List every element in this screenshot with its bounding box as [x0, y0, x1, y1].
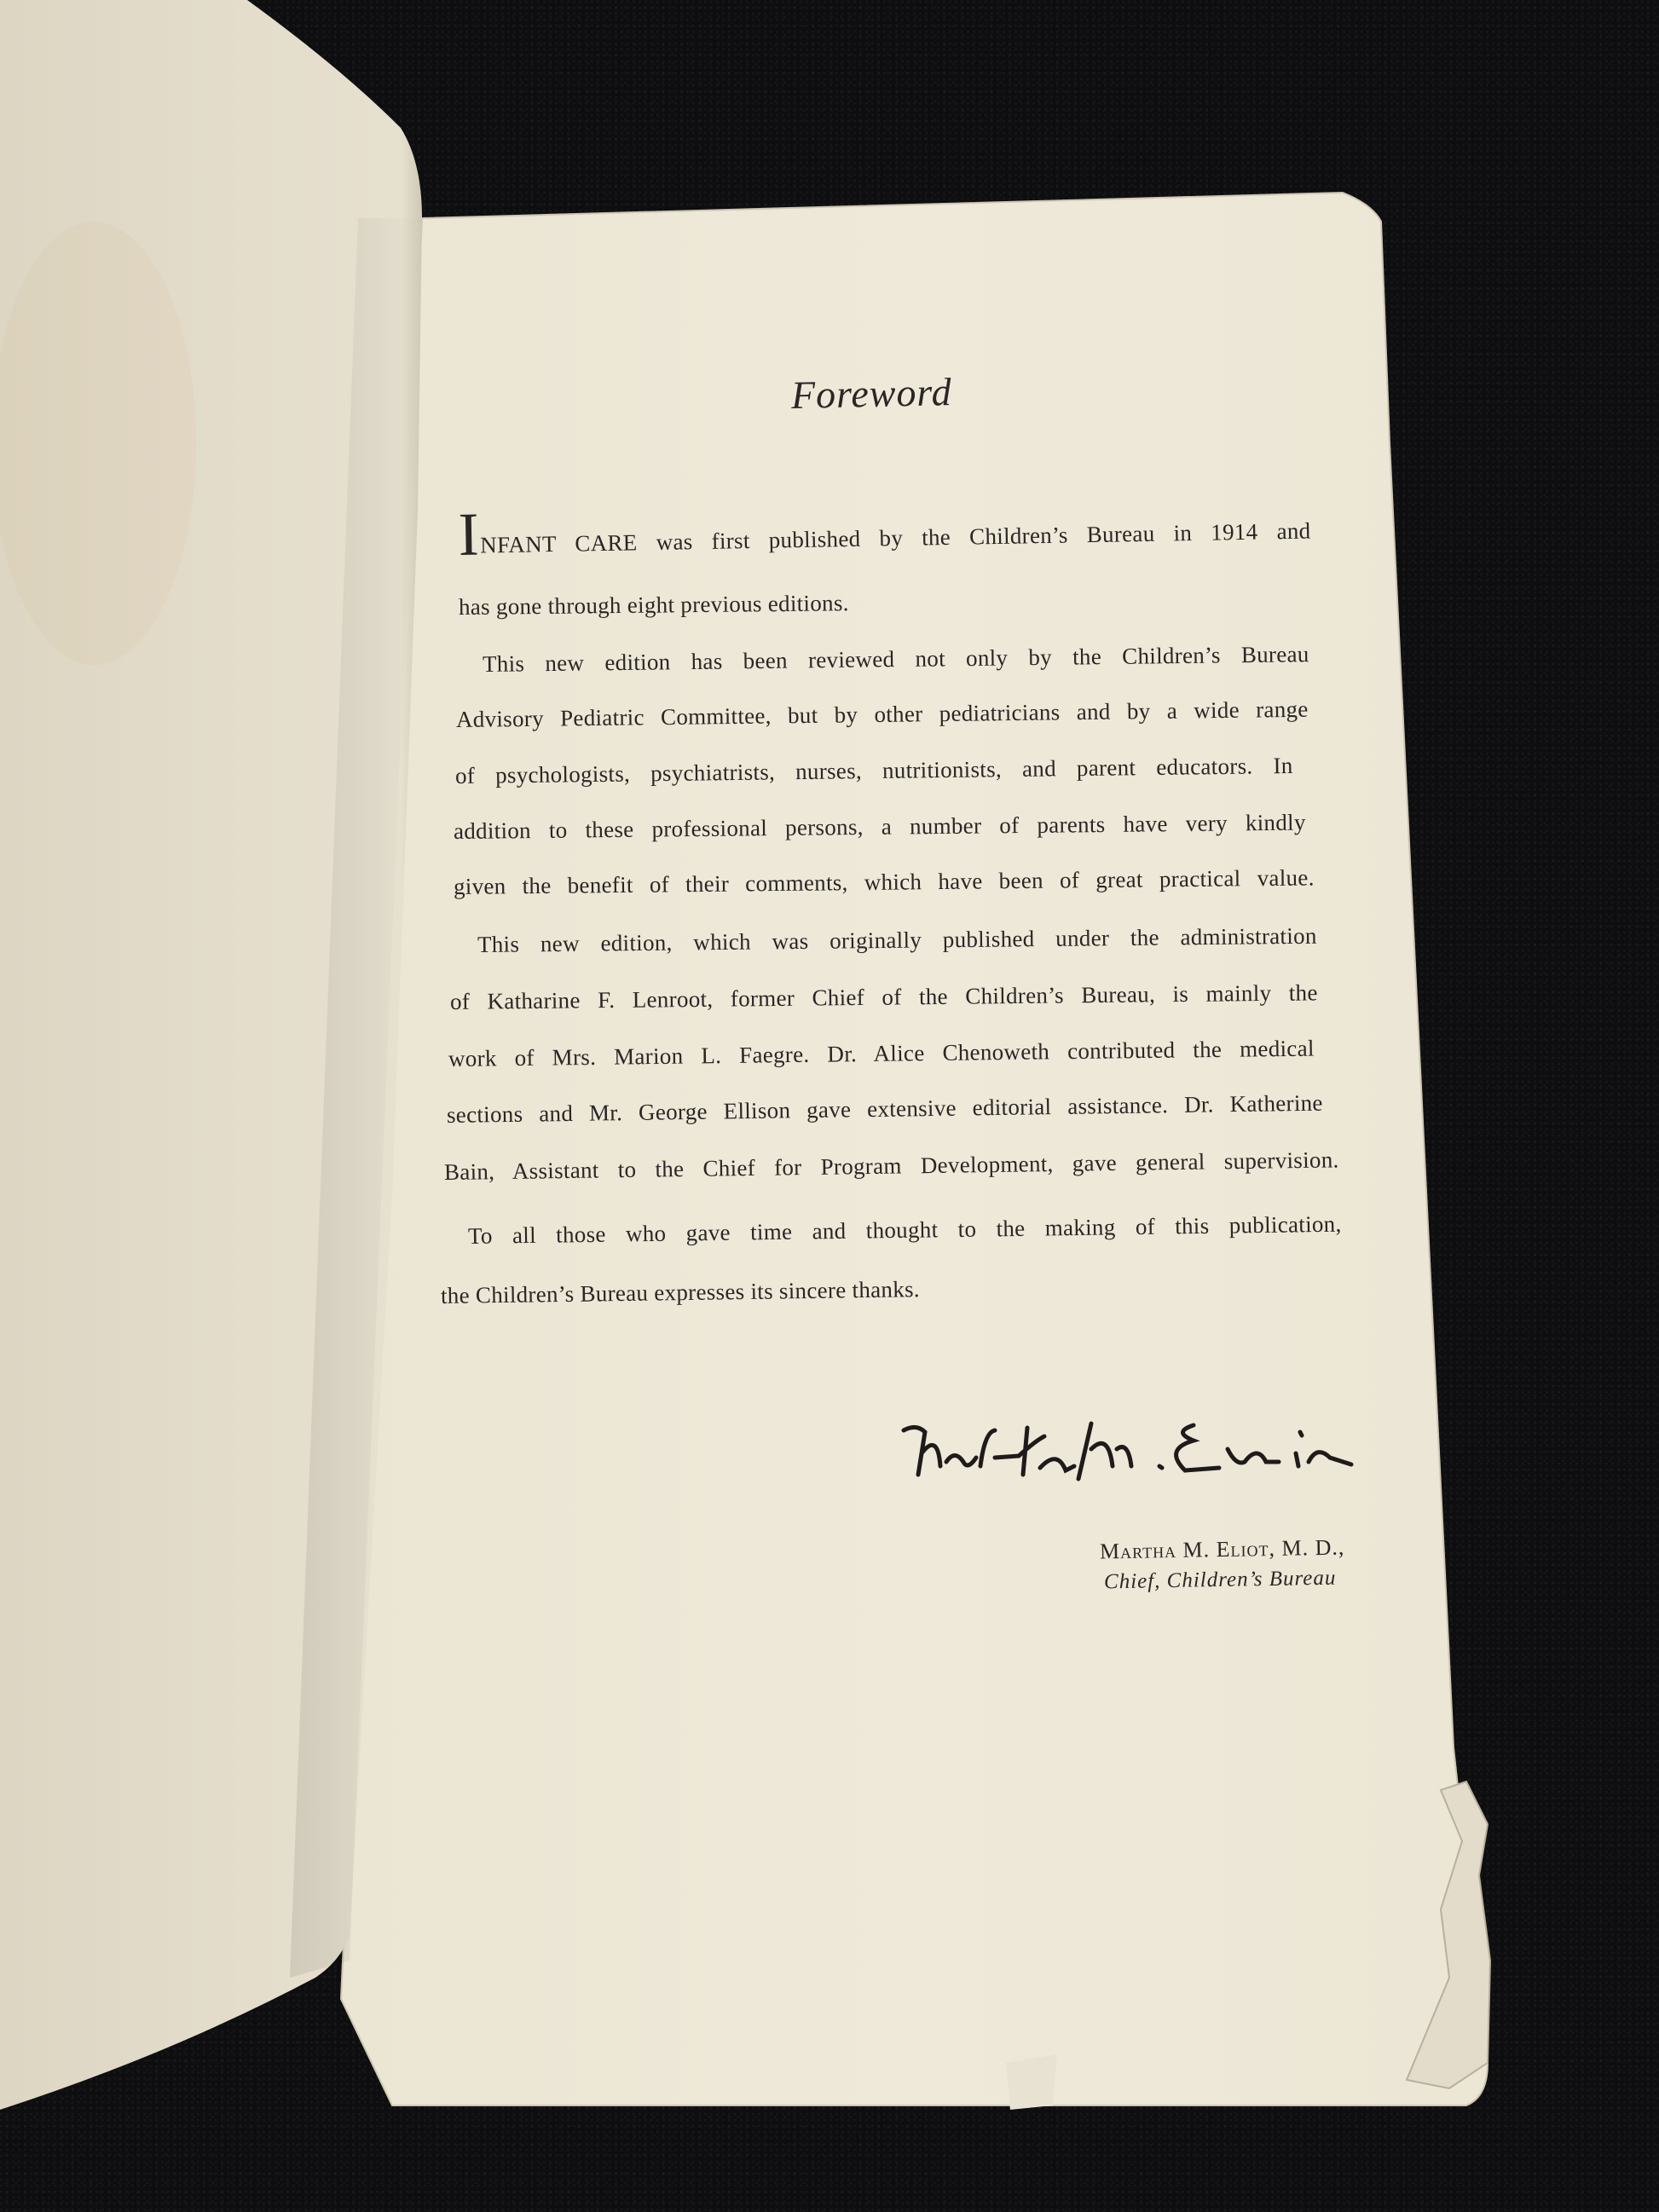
line-text: To all those who gave time and thought t… [468, 1211, 1342, 1249]
line-text: the Children’s Bureau expresses its sinc… [441, 1276, 920, 1308]
publication-title: NFANT CARE [480, 529, 638, 557]
text-line: of Katharine F. Lenroot, former Chief of… [450, 979, 1318, 1015]
line-text: This new edition, which was originally p… [477, 923, 1317, 957]
text-line: addition to these professional persons, … [454, 810, 1306, 845]
foreword-page: Foreword INFANT CARE was first published… [0, 0, 1659, 2212]
signatory-title: Chief, Children’s Bureau [1104, 1567, 1337, 1595]
line-text: Bain, Assistant to the Chief for Program… [444, 1146, 1339, 1185]
line-text: of Katharine F. Lenroot, former Chief of… [450, 979, 1318, 1014]
page-title: Foreword [790, 369, 952, 418]
text-line: work of Mrs. Marion L. Faegre. Dr. Alice… [448, 1036, 1315, 1072]
text-line: Bain, Assistant to the Chief for Program… [444, 1146, 1339, 1186]
line-text: addition to these professional persons, … [454, 810, 1306, 844]
text-line: given the benefit of their comments, whi… [454, 864, 1315, 900]
text-line: of psychologists, psychiatrists, nurses,… [455, 753, 1293, 789]
line-text: has gone through eight previous editions… [459, 590, 849, 620]
text-line: has gone through eight previous editions… [459, 590, 849, 621]
line-text: sections and Mr. George Ellison gave ext… [447, 1090, 1323, 1128]
text-line: Advisory Pediatric Committee, but by oth… [456, 696, 1309, 733]
signatory-name: Martha M. Eliot, M. D., [1100, 1534, 1345, 1564]
line-text: of psychologists, psychiatrists, nurses,… [455, 753, 1293, 788]
text-line: the Children’s Bureau expresses its sinc… [441, 1276, 920, 1309]
line-text: work of Mrs. Marion L. Faegre. Dr. Alice… [448, 1036, 1315, 1071]
drop-cap: I [458, 500, 480, 569]
line-text: given the benefit of their comments, whi… [454, 864, 1315, 899]
line-text: Advisory Pediatric Committee, but by oth… [456, 696, 1309, 732]
signature-image [899, 1415, 1368, 1496]
text-line: This new edition has been reviewed not o… [483, 641, 1309, 678]
text-line: INFANT CARE was first published by the C… [459, 518, 1311, 559]
line-text: This new edition has been reviewed not o… [483, 641, 1309, 677]
text-line: To all those who gave time and thought t… [468, 1211, 1342, 1250]
text-line: sections and Mr. George Ellison gave ext… [447, 1090, 1323, 1129]
line-text: was first published by the Children’s Bu… [637, 518, 1310, 556]
text-line: This new edition, which was originally p… [477, 923, 1317, 958]
